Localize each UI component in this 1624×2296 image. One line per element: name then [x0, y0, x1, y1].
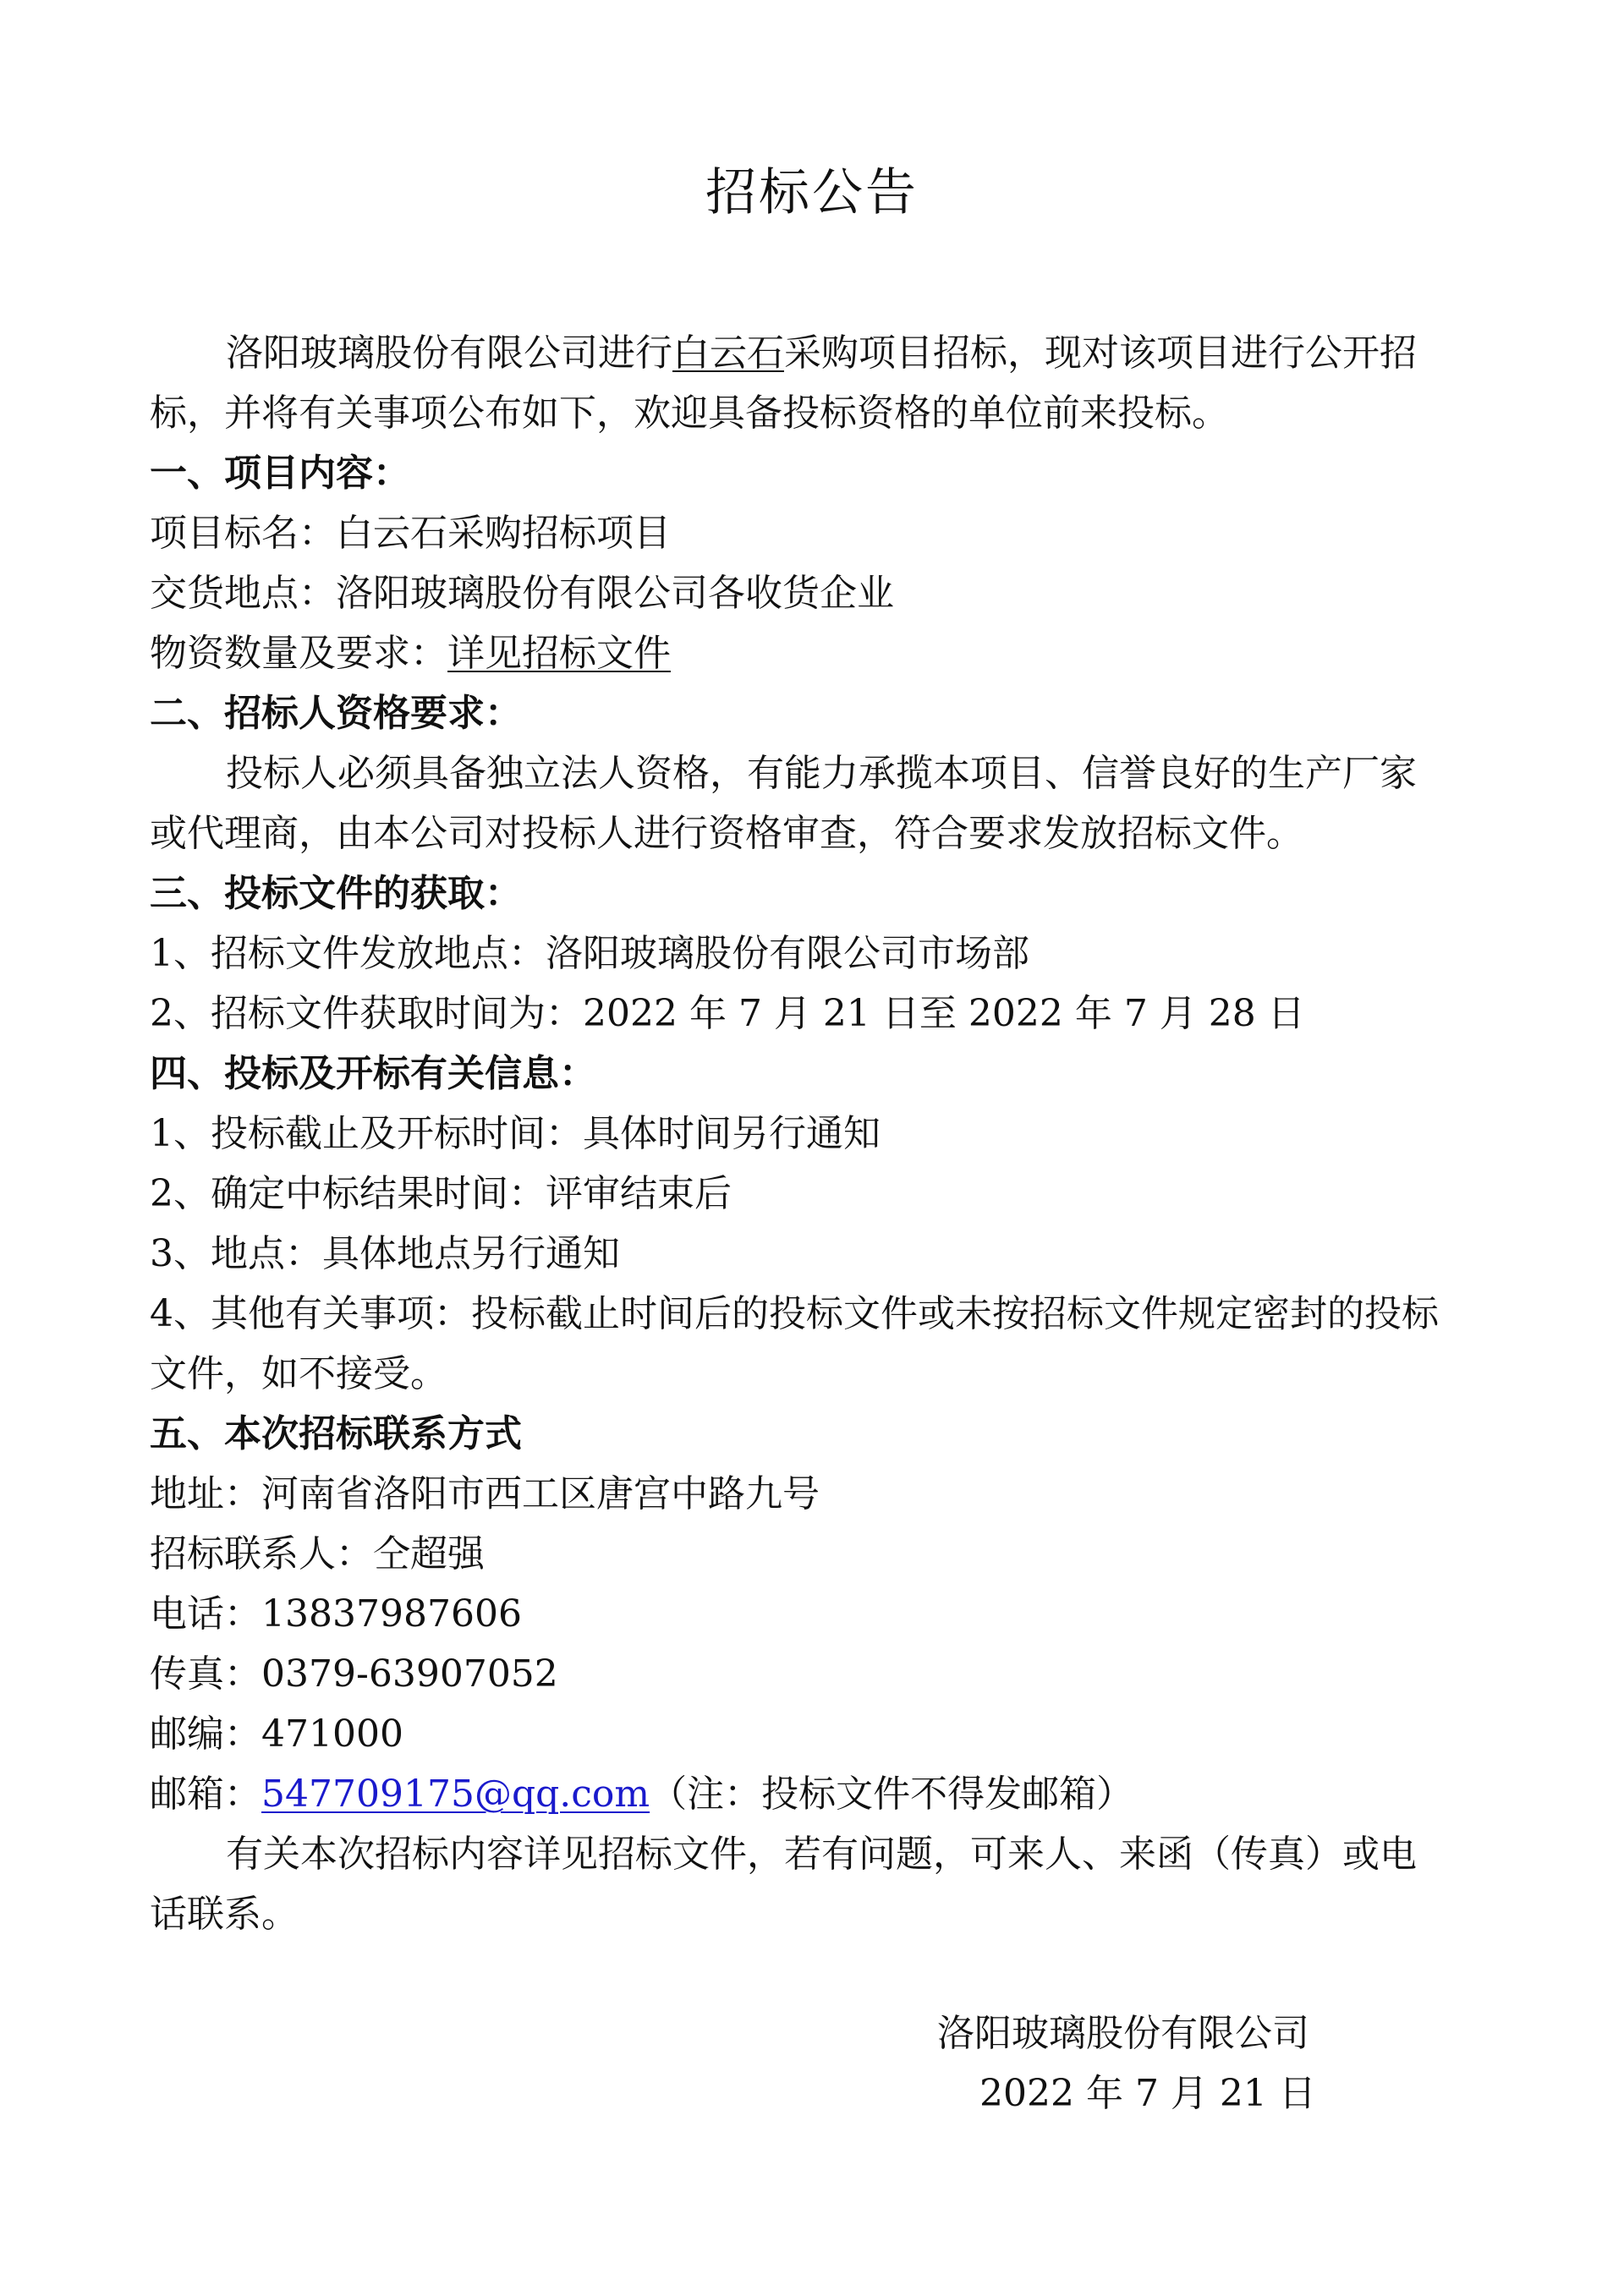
contact-value: 仝超强	[373, 1532, 485, 1575]
intro-text-cont: 采购项目招标，现对该项目进行公开招	[784, 332, 1417, 375]
section-heading-contact: 五、本次招标联系方式	[150, 1404, 1469, 1464]
signature-date: 2022 年 7 月 21 日	[979, 2063, 1316, 2123]
closing-line-2: 话联系。	[150, 1884, 1469, 1944]
page-title: 招标公告	[0, 161, 1624, 225]
phone-label: 电话：	[150, 1592, 261, 1636]
fax-label: 传真：	[150, 1652, 261, 1696]
phone-value: 13837987606	[261, 1592, 522, 1636]
quantity-label: 物资数量及要求：	[150, 632, 447, 675]
project-name-label: 项目标名：	[150, 512, 336, 555]
contact-person-row: 招标联系人：仝超强	[150, 1524, 1469, 1584]
bid-info-item-2: 2、确定中标结果时间：评审结束后	[150, 1164, 1469, 1224]
email-link[interactable]: 547709175@qq.com	[261, 1773, 650, 1816]
address-row: 地址：河南省洛阳市西工区唐宫中路九号	[150, 1464, 1469, 1524]
intro-paragraph-line-2: 标，并将有关事项公布如下，欢迎具备投标资格的单位前来投标。	[150, 383, 1469, 443]
email-row: 邮箱：547709175@qq.com（注：投标文件不得发邮箱）	[150, 1764, 1469, 1824]
section-heading-obtain-documents: 三、投标文件的获取：	[150, 863, 1469, 923]
qualification-line-1: 投标人必须具备独立法人资格，有能力承揽本项目、信誉良好的生产厂家	[150, 743, 1469, 803]
document-body: 洛阳玻璃股份有限公司进行白云石采购项目招标，现对该项目进行公开招 标，并将有关事…	[150, 323, 1469, 1944]
fax-row: 传真：0379-63907052	[150, 1644, 1469, 1704]
delivery-value: 洛阳玻璃股份有限公司各收货企业	[336, 572, 894, 615]
bid-info-item-4-line-1: 4、其他有关事项：投标截止时间后的投标文件或未按招标文件规定密封的投标	[150, 1284, 1469, 1344]
postcode-value: 471000	[261, 1712, 403, 1756]
section-heading-project-content: 一、项目内容：	[150, 443, 1469, 503]
intro-paragraph-line-1: 洛阳玻璃股份有限公司进行白云石采购项目招标，现对该项目进行公开招	[150, 323, 1469, 383]
delivery-label: 交货地点：	[150, 572, 336, 615]
address-value: 河南省洛阳市西工区唐宫中路九号	[261, 1472, 820, 1515]
email-note: （注：投标文件不得发邮箱）	[650, 1773, 1133, 1816]
quantity-row: 物资数量及要求：详见招标文件	[150, 623, 1469, 683]
delivery-location-row: 交货地点：洛阳玻璃股份有限公司各收货企业	[150, 563, 1469, 623]
postcode-label: 邮编：	[150, 1712, 261, 1756]
bid-info-item-3: 3、地点：具体地点另行通知	[150, 1224, 1469, 1284]
section-heading-bid-info: 四、投标及开标有关信息：	[150, 1044, 1469, 1104]
bid-info-item-1: 1、投标截止及开标时间：具体时间另行通知	[150, 1104, 1469, 1164]
material-name: 白云石	[672, 332, 784, 375]
obtain-item-1: 1、招标文件发放地点：洛阳玻璃股份有限公司市场部	[150, 923, 1469, 984]
section-heading-qualification: 二、招标人资格要求：	[150, 683, 1469, 743]
signature-company: 洛阳玻璃股份有限公司	[937, 2003, 1309, 2063]
quantity-value: 详见招标文件	[447, 632, 671, 675]
project-name-value: 白云石采购招标项目	[336, 512, 671, 555]
document-page: 招标公告 洛阳玻璃股份有限公司进行白云石采购项目招标，现对该项目进行公开招 标，…	[0, 0, 1624, 2296]
postcode-row: 邮编：471000	[150, 1704, 1469, 1764]
fax-value: 0379-63907052	[261, 1652, 558, 1696]
obtain-item-2: 2、招标文件获取时间为：2022 年 7 月 21 日至 2022 年 7 月 …	[150, 984, 1469, 1044]
email-label: 邮箱：	[150, 1773, 261, 1816]
bid-info-item-4-line-2: 文件，如不接受。	[150, 1344, 1469, 1404]
contact-label: 招标联系人：	[150, 1532, 373, 1575]
address-label: 地址：	[150, 1472, 261, 1515]
qualification-line-2: 或代理商，由本公司对投标人进行资格审查，符合要求发放招标文件。	[150, 803, 1469, 863]
project-name-row: 项目标名：白云石采购招标项目	[150, 503, 1469, 563]
intro-text: 洛阳玻璃股份有限公司进行	[226, 332, 672, 375]
closing-line-1: 有关本次招标内容详见招标文件，若有问题，可来人、来函（传真）或电	[150, 1824, 1469, 1884]
phone-row: 电话：13837987606	[150, 1584, 1469, 1644]
